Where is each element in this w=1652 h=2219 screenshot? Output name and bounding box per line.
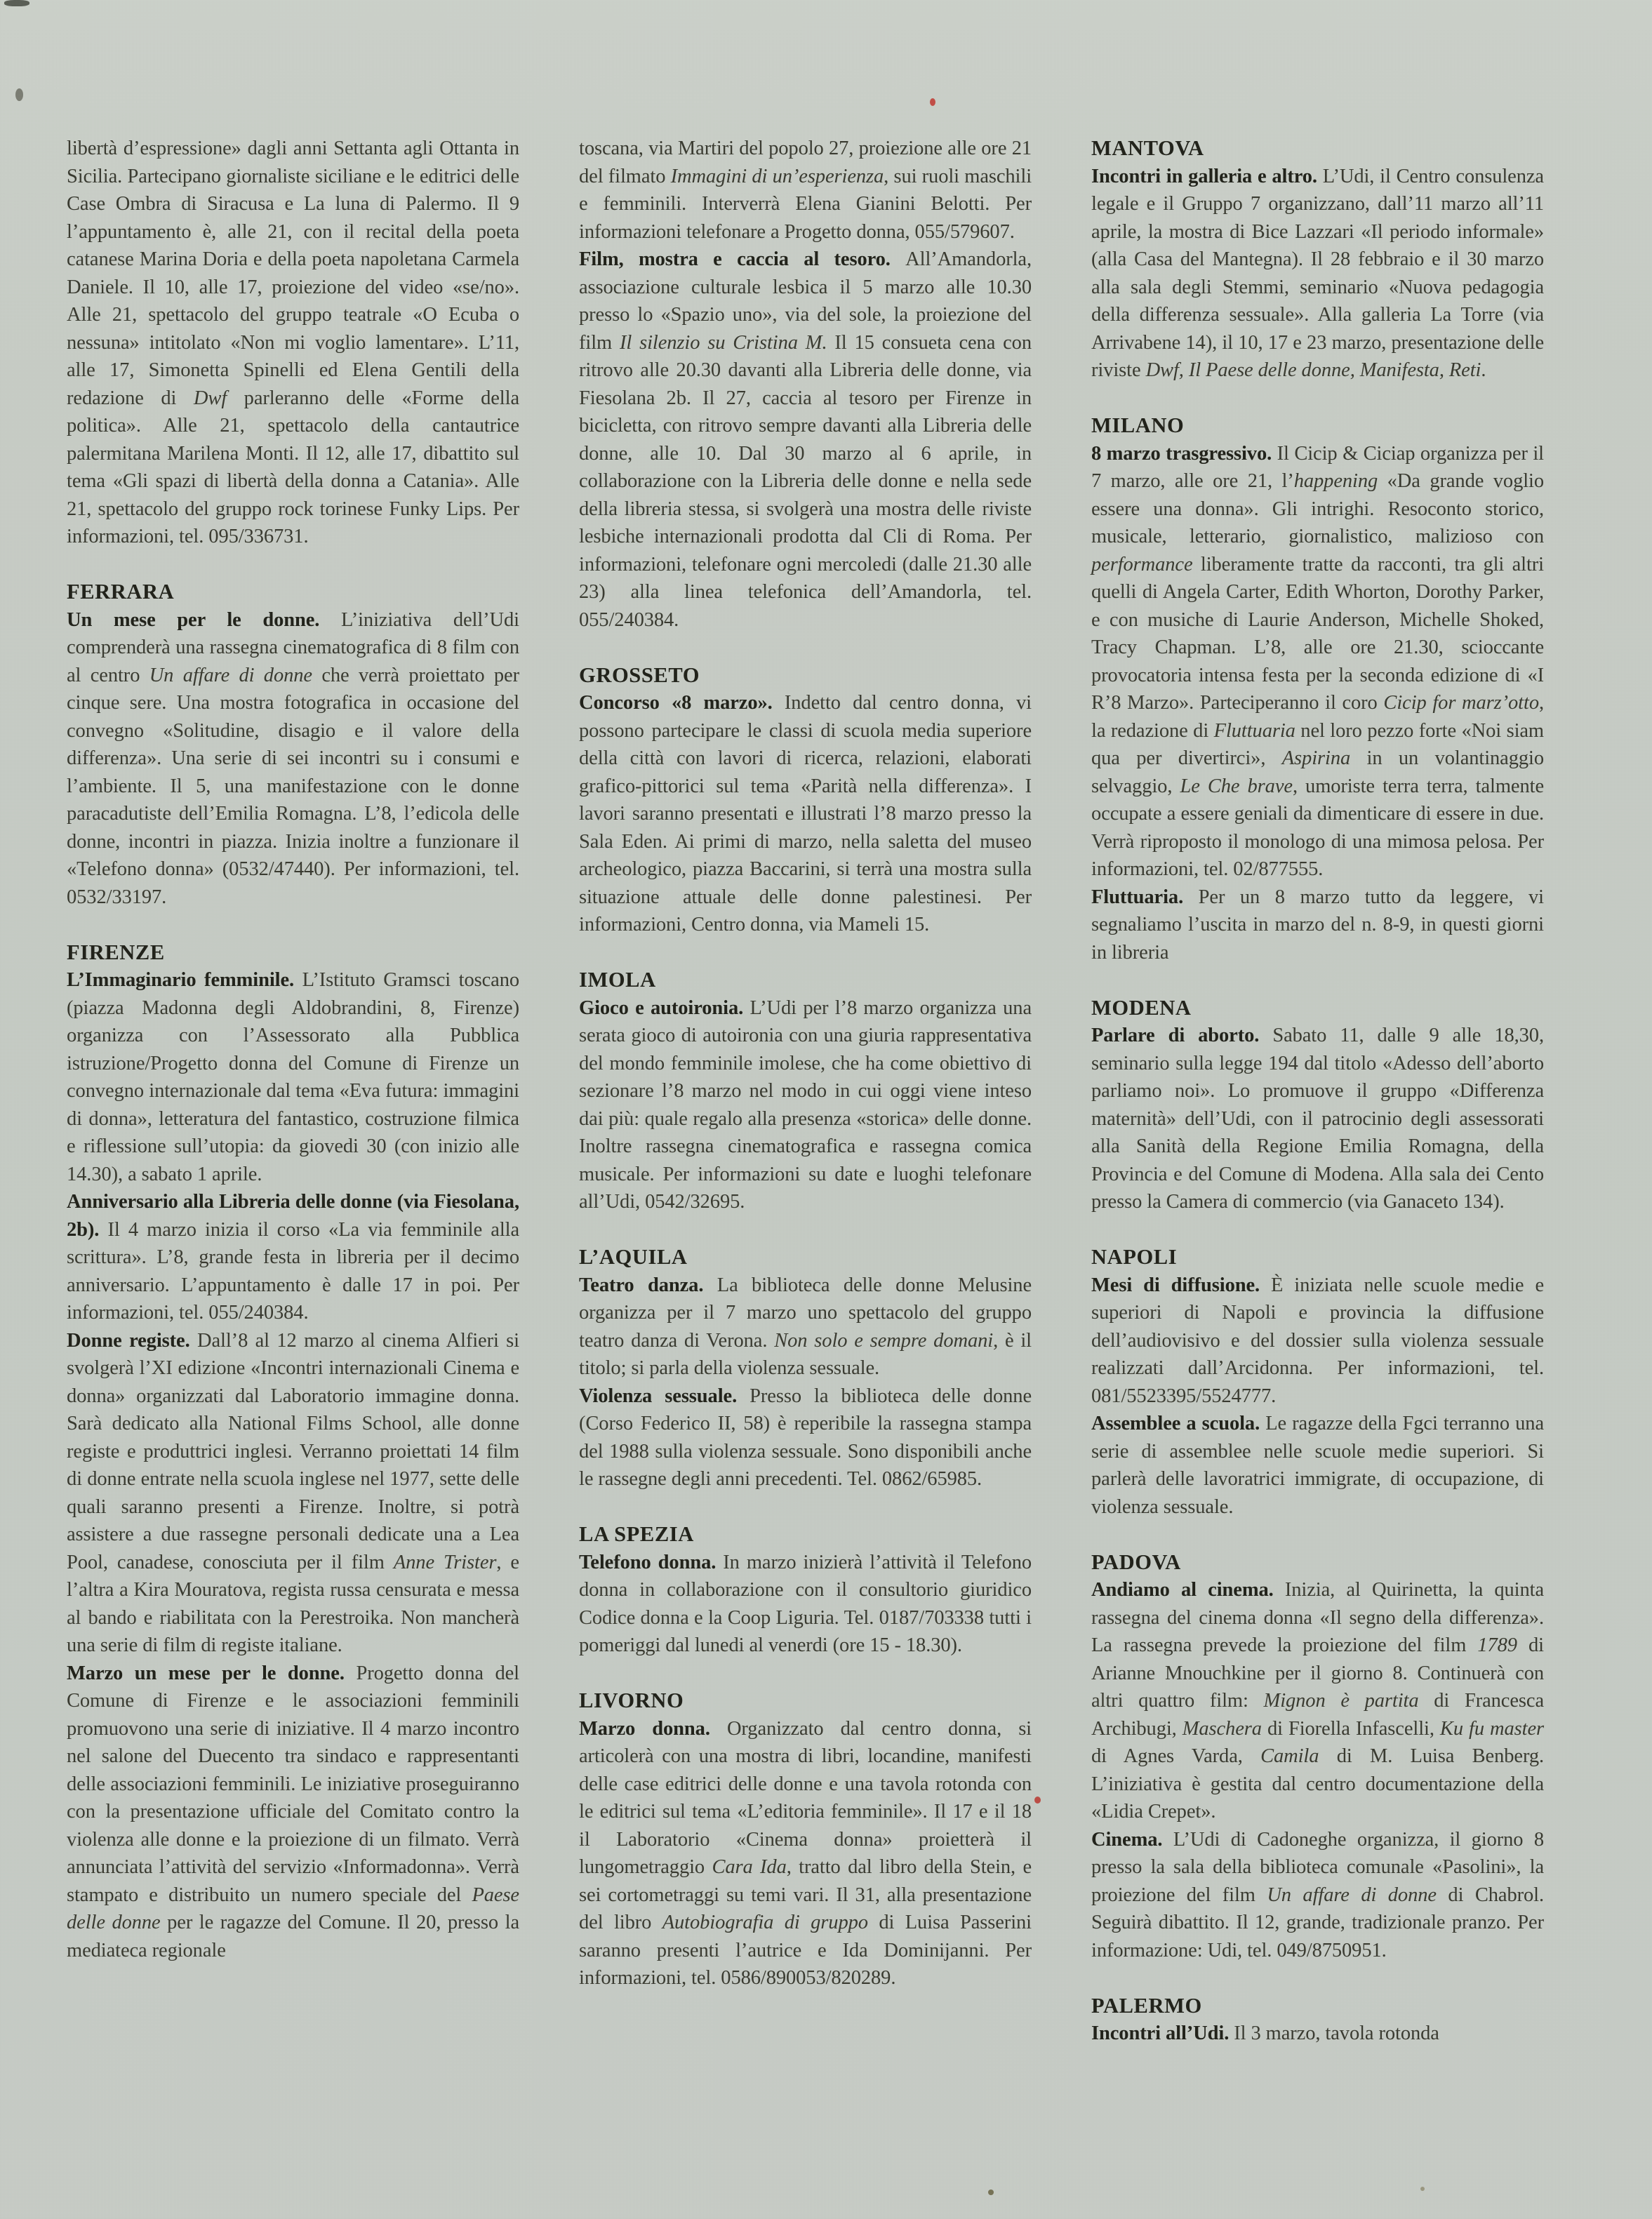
bold-run: Incontri all’Udi. — [1091, 2023, 1234, 2044]
bold-run: Fluttuaria. — [1091, 886, 1199, 908]
italic-run: Le Che brave — [1180, 775, 1292, 797]
event-paragraph: toscana, via Martiri del popolo 27, proi… — [579, 135, 1032, 246]
italic-run: Mignon è partita — [1264, 1690, 1419, 1712]
event-paragraph: Donne registe. Dall’8 al 12 marzo al cin… — [67, 1327, 519, 1660]
city-header: MILANO — [1091, 412, 1544, 440]
italic-run: Un affare di donne — [1267, 1884, 1437, 1906]
bold-run: Un mese per le donne. — [67, 609, 341, 631]
event-paragraph: L’Immaginario femminile. L’Istituto Gram… — [67, 966, 519, 1188]
bold-run: Parlare di aborto. — [1091, 1025, 1272, 1046]
event-paragraph: Parlare di aborto. Sabato 11, dalle 9 al… — [1091, 1022, 1544, 1216]
italic-run: Maschera — [1183, 1718, 1262, 1740]
bold-run: Gioco e autoironia. — [579, 997, 750, 1019]
italic-run: Anne Trister — [394, 1552, 497, 1573]
italic-run: Ku fu master — [1440, 1718, 1544, 1740]
italic-run: Aspirina — [1282, 747, 1350, 769]
event-paragraph: Gioco e autoironia. L’Udi per l’8 marzo … — [579, 994, 1032, 1216]
city-header: FIRENZE — [67, 939, 519, 967]
text-run: Il 15 consueta cena con ritrovo alle 20.… — [579, 332, 1032, 631]
text-run: che verrà proiettato per cinque sere. Un… — [67, 665, 519, 908]
event-paragraph: Assemblee a scuola. Le ragazze della Fgc… — [1091, 1410, 1544, 1521]
ink-speck — [4, 0, 29, 6]
column-2: toscana, via Martiri del popolo 27, proi… — [579, 135, 1032, 2048]
italic-run: Immagini di un’esperienza — [671, 166, 884, 187]
text-run: . — [1481, 359, 1486, 381]
city-header: GROSSETO — [579, 662, 1032, 690]
city-header: LA SPEZIA — [579, 1521, 1032, 1549]
text-run: libertà d’espressione» dagli anni Settan… — [67, 138, 519, 409]
event-paragraph: Marzo un mese per le donne. Progetto don… — [67, 1660, 519, 1965]
event-paragraph: Telefono donna. In marzo inizierà l’atti… — [579, 1549, 1032, 1660]
ink-speck — [930, 98, 935, 106]
text-run: Indetto dal centro donna, vi possono par… — [579, 692, 1032, 935]
bold-run: Cinema. — [1091, 1829, 1173, 1851]
bold-run: Violenza sessuale. — [579, 1385, 750, 1407]
city-header: NAPOLI — [1091, 1244, 1544, 1272]
city-header: LIVORNO — [579, 1687, 1032, 1715]
city-header: FERRARA — [67, 578, 519, 606]
italic-run: Autobiografia di gruppo — [662, 1912, 868, 1933]
italic-run: Cicip for marz’otto — [1383, 692, 1539, 714]
event-paragraph: Fluttuaria. Per un 8 marzo tutto da legg… — [1091, 884, 1544, 967]
italic-run: Un affare di donne — [149, 665, 312, 686]
event-paragraph: Cinema. L’Udi di Cadoneghe organizza, il… — [1091, 1826, 1544, 1965]
event-paragraph: Andiamo al cinema. Inizia, al Quirinetta… — [1091, 1576, 1544, 1826]
bold-run: Donne registe. — [67, 1330, 197, 1352]
italic-run: happening — [1294, 470, 1378, 492]
text-run: L’Istituto Gramsci toscano (piazza Madon… — [67, 969, 519, 1185]
event-paragraph: Mesi di diffusione. È iniziata nelle scu… — [1091, 1272, 1544, 1411]
bold-run: Incontri in galleria e altro. — [1091, 166, 1323, 187]
italic-run: Camila — [1260, 1745, 1319, 1767]
city-header: MODENA — [1091, 994, 1544, 1022]
column-1: libertà d’espressione» dagli anni Settan… — [67, 135, 519, 2048]
ink-speck — [15, 88, 23, 101]
event-paragraph: Incontri all’Udi. Il 3 marzo, tavola rot… — [1091, 2020, 1544, 2048]
city-header: MANTOVA — [1091, 135, 1544, 163]
bold-run: Concorso «8 marzo». — [579, 692, 785, 714]
city-header: PALERMO — [1091, 1992, 1544, 2020]
city-header: L’AQUILA — [579, 1244, 1032, 1272]
event-paragraph: Violenza sessuale. Presso la biblioteca … — [579, 1382, 1032, 1493]
text-run: liberamente tratte da racconti, tra gli … — [1091, 554, 1544, 714]
bold-run: Telefono donna. — [579, 1552, 723, 1573]
event-paragraph: Concorso «8 marzo». Indetto dal centro d… — [579, 689, 1032, 939]
text-run: parleranno delle «Forme della politica».… — [67, 387, 519, 548]
city-header: IMOLA — [579, 966, 1032, 994]
event-paragraph: libertà d’espressione» dagli anni Settan… — [67, 135, 519, 551]
bold-run: Marzo donna. — [579, 1718, 727, 1740]
text-run: Organizzato dal centro donna, si articol… — [579, 1718, 1032, 1879]
bold-run: Teatro danza. — [579, 1274, 717, 1296]
italic-run: Dwf — [194, 387, 227, 409]
column-3: MANTOVAIncontri in galleria e altro. L’U… — [1091, 135, 1544, 2048]
text-run: Il 4 marzo inizia il corso «La via femmi… — [67, 1219, 519, 1324]
event-paragraph: Un mese per le donne. L’iniziativa dell’… — [67, 606, 519, 912]
text-run: Sabato 11, dalle 9 alle 18,30, seminario… — [1091, 1025, 1544, 1213]
italic-run: performance — [1091, 554, 1193, 575]
text-run: L’Udi per l’8 marzo organizza una serata… — [579, 997, 1032, 1213]
italic-run: Cara Ida — [712, 1856, 786, 1878]
text-run: di Agnes Varda, — [1091, 1745, 1260, 1767]
italic-run: Fluttuaria — [1214, 720, 1295, 742]
magazine-page: libertà d’espressione» dagli anni Settan… — [0, 0, 1652, 2219]
event-paragraph: 8 marzo trasgressivo. Il Cicip & Ciciap … — [1091, 440, 1544, 884]
bold-run: Assemblee a scuola. — [1091, 1413, 1265, 1434]
bold-run: Andiamo al cinema. — [1091, 1579, 1285, 1601]
event-paragraph: Teatro danza. La biblioteca delle donne … — [579, 1272, 1032, 1382]
ink-speck — [988, 2190, 994, 2195]
text-columns: libertà d’espressione» dagli anni Settan… — [67, 135, 1544, 2048]
event-paragraph: Marzo donna. Organizzato dal centro donn… — [579, 1715, 1032, 1992]
italic-run: Non solo e sempre domani — [774, 1330, 993, 1352]
event-paragraph: Incontri in galleria e altro. L’Udi, il … — [1091, 163, 1544, 385]
text-run: di Fiorella Infascelli, — [1262, 1718, 1440, 1740]
bold-run: Film, mostra e caccia al tesoro. — [579, 248, 905, 270]
city-header: PADOVA — [1091, 1549, 1544, 1577]
text-run: Il 3 marzo, tavola rotonda — [1234, 2023, 1439, 2044]
italic-run: Il silenzio su Cristina M. — [620, 332, 827, 354]
text-run: Dall’8 al 12 marzo al cinema Alfieri si … — [67, 1330, 519, 1573]
text-run: L’Udi, il Centro consulenza legale e il … — [1091, 166, 1544, 382]
bold-run: 8 marzo trasgressivo. — [1091, 443, 1277, 465]
event-paragraph: Film, mostra e caccia al tesoro. All’Ama… — [579, 246, 1032, 634]
event-paragraph: Anniversario alla Libreria delle donne (… — [67, 1188, 519, 1327]
italic-run: 1789 — [1477, 1634, 1517, 1656]
italic-run: Dwf, Il Paese delle donne, Manifesta, Re… — [1146, 359, 1481, 381]
text-run: Progetto donna del Comune di Firenze e l… — [67, 1662, 519, 1906]
bold-run: Marzo un mese per le donne. — [67, 1662, 356, 1684]
ink-speck — [1420, 2187, 1425, 2191]
bold-run: Mesi di diffusione. — [1091, 1274, 1271, 1296]
bold-run: L’Immaginario femminile. — [67, 969, 302, 991]
